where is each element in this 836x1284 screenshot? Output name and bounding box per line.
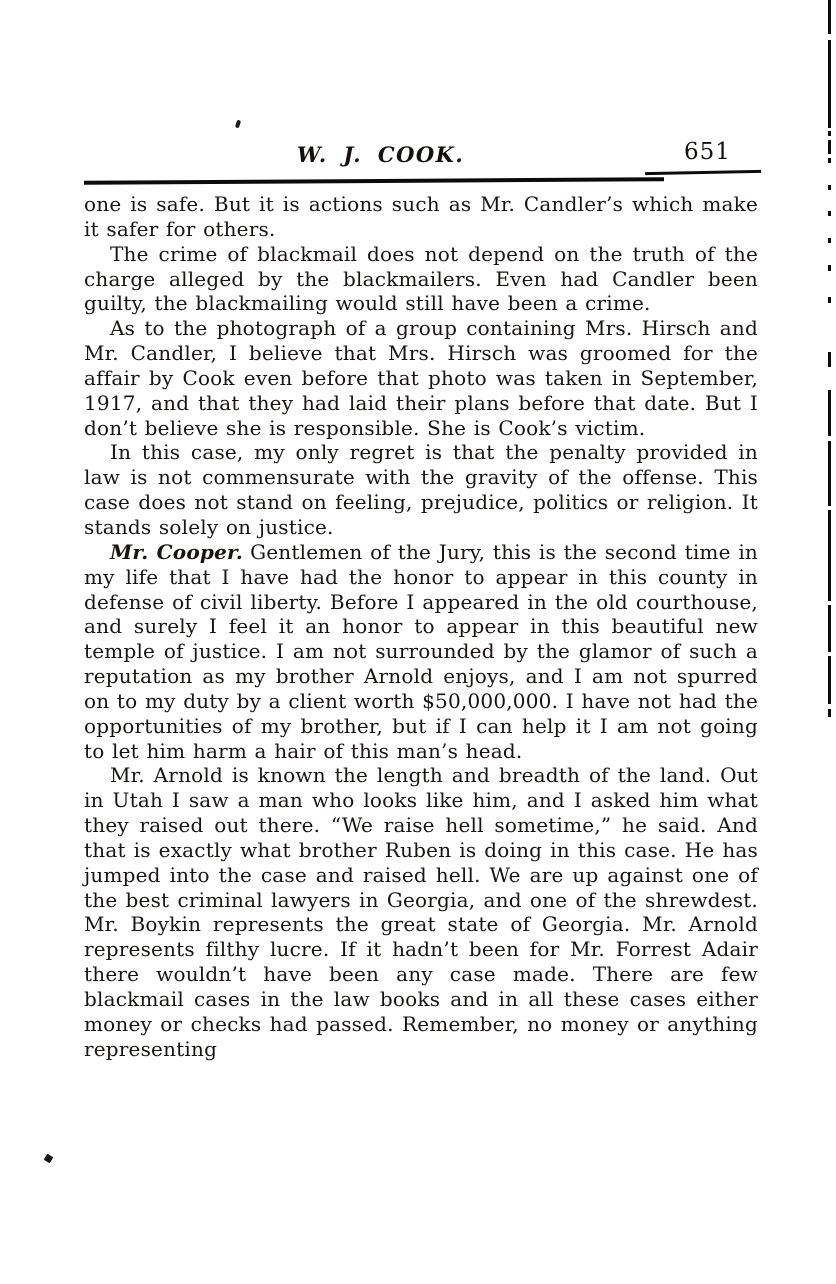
scan-speck-top — [235, 120, 241, 129]
header-rule — [84, 177, 664, 185]
scan-edge-dash — [828, 265, 831, 271]
paragraph: one is safe. But it is actions such as M… — [84, 192, 758, 242]
scan-edge-dash — [828, 185, 831, 190]
scan-edge-dash — [828, 131, 831, 136]
scan-speck-bottom — [44, 1154, 54, 1164]
scan-edge-dash — [828, 0, 831, 34]
page-number: 651 — [684, 139, 731, 165]
scan-edge-dash — [828, 140, 831, 154]
scan-edge-dash — [828, 441, 831, 506]
running-title: W. J. COOK. — [297, 142, 464, 167]
scan-edge-dash — [828, 297, 831, 303]
scan-edge-dash — [828, 238, 831, 243]
header-rule-right-segment — [645, 170, 761, 175]
scan-edge-dash — [828, 158, 831, 163]
scan-edge-dash — [828, 709, 831, 717]
speaker-label: Mr. Cooper. — [110, 540, 243, 564]
paragraph: Mr. Arnold is known the length and bread… — [84, 763, 758, 1061]
paragraph: The crime of blackmail does not depend o… — [84, 242, 758, 317]
scan-edge-dash — [828, 605, 831, 652]
paragraph: Mr. Cooper.Gentlemen of the Jury, this i… — [84, 540, 758, 764]
scan-edge-dash — [828, 510, 831, 601]
body-text: one is safe. But it is actions such as M… — [84, 192, 758, 1062]
scan-edge-dash — [828, 352, 831, 367]
scan-edge-dash — [828, 656, 831, 704]
scan-edge-dash — [828, 40, 831, 128]
scan-edge-dash — [828, 211, 831, 216]
book-page: W. J. COOK. 651 one is safe. But it is a… — [0, 0, 836, 1284]
paragraph: In this case, my only regret is that the… — [84, 440, 758, 539]
scan-edge-dash — [828, 390, 831, 436]
paragraph: As to the photograph of a group containi… — [84, 316, 758, 440]
